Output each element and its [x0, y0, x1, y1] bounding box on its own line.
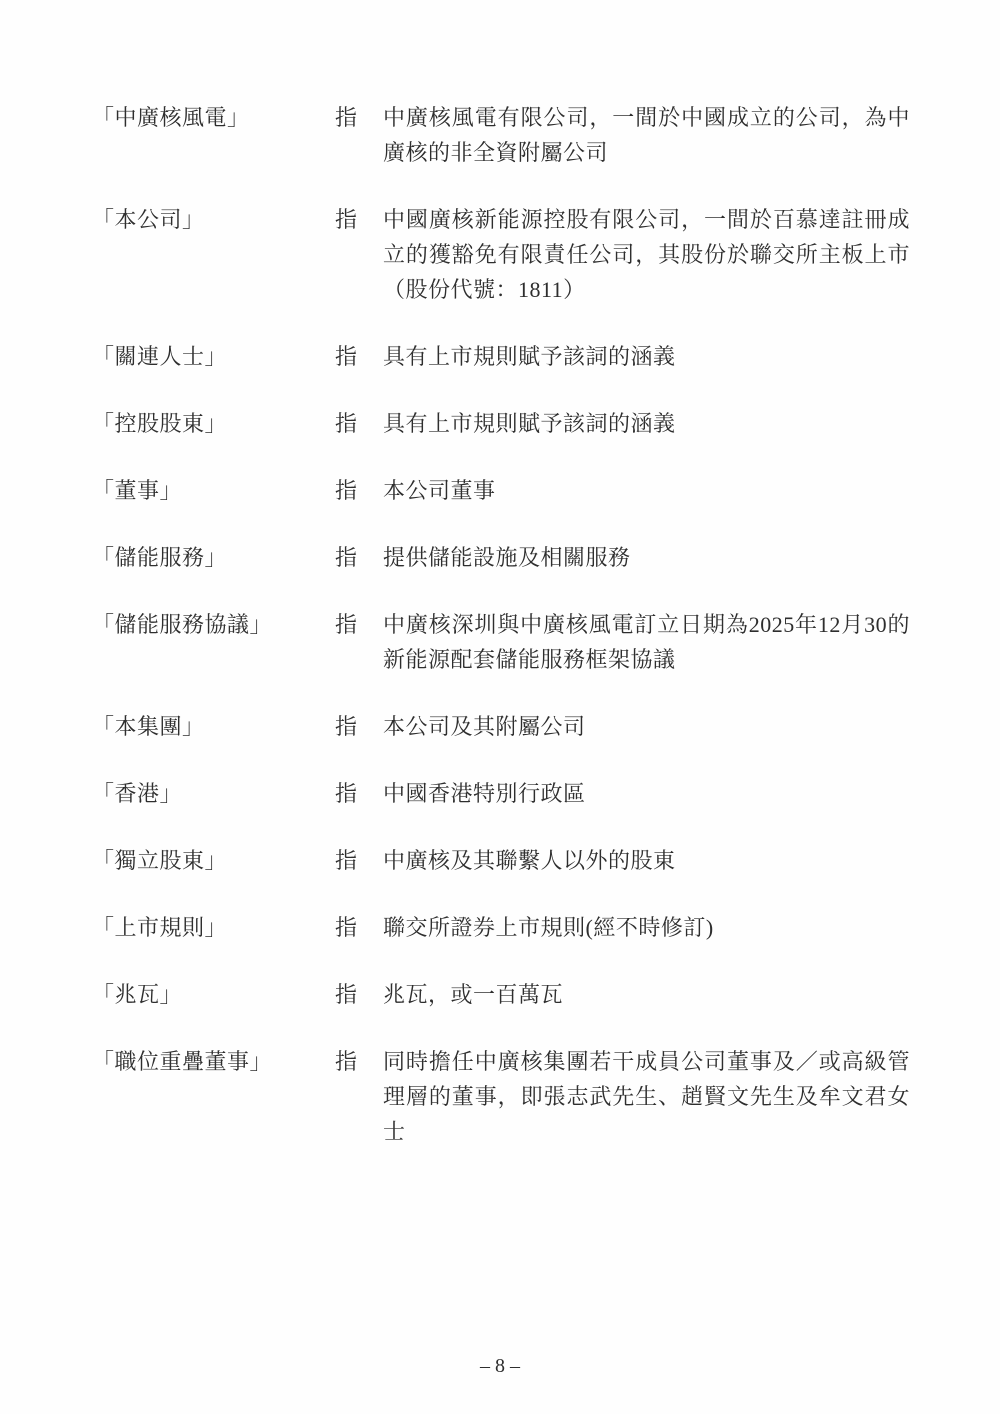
- connector-cell: 指: [335, 202, 383, 237]
- term-cell: 「獨立股東」: [92, 843, 335, 878]
- definition-row: 「上市規則」指聯交所證券上市規則(經不時修訂): [92, 910, 910, 945]
- term-cell: 「控股股東」: [92, 406, 335, 441]
- connector-cell: 指: [335, 910, 383, 945]
- definition-cell: 中廣核風電有限公司，一間於中國成立的公司，為中廣核的非全資附屬公司: [383, 100, 910, 170]
- definition-cell: 中廣核深圳與中廣核風電訂立日期為2025年12月30的新能源配套儲能服務框架協議: [383, 607, 910, 677]
- definition-row: 「職位重疊董事」指同時擔任中廣核集團若干成員公司董事及／或高級管理層的董事，即張…: [92, 1044, 910, 1149]
- page-number: – 8 –: [0, 1355, 1000, 1378]
- definition-cell: 中國廣核新能源控股有限公司，一間於百慕達註冊成立的獲豁免有限責任公司，其股份於聯…: [383, 202, 910, 307]
- connector-cell: 指: [335, 473, 383, 508]
- connector-cell: 指: [335, 776, 383, 811]
- connector-cell: 指: [335, 540, 383, 575]
- connector-cell: 指: [335, 339, 383, 374]
- term-cell: 「儲能服務協議」: [92, 607, 335, 642]
- definition-cell: 同時擔任中廣核集團若干成員公司董事及／或高級管理層的董事，即張志武先生、趙賢文先…: [383, 1044, 910, 1149]
- connector-cell: 指: [335, 977, 383, 1012]
- definition-cell: 中廣核及其聯繫人以外的股東: [383, 843, 910, 878]
- definition-row: 「關連人士」指具有上市規則賦予該詞的涵義: [92, 339, 910, 374]
- definition-cell: 兆瓦，或一百萬瓦: [383, 977, 910, 1012]
- term-cell: 「本公司」: [92, 202, 335, 237]
- definition-cell: 提供儲能設施及相關服務: [383, 540, 910, 575]
- term-cell: 「兆瓦」: [92, 977, 335, 1012]
- definition-cell: 本公司董事: [383, 473, 910, 508]
- term-cell: 「職位重疊董事」: [92, 1044, 335, 1079]
- definition-cell: 具有上市規則賦予該詞的涵義: [383, 406, 910, 441]
- term-cell: 「關連人士」: [92, 339, 335, 374]
- term-cell: 「董事」: [92, 473, 335, 508]
- definition-row: 「儲能服務」指提供儲能設施及相關服務: [92, 540, 910, 575]
- definition-cell: 中國香港特別行政區: [383, 776, 910, 811]
- definition-row: 「董事」指本公司董事: [92, 473, 910, 508]
- definition-row: 「本公司」指中國廣核新能源控股有限公司，一間於百慕達註冊成立的獲豁免有限責任公司…: [92, 202, 910, 307]
- definition-row: 「中廣核風電」指中廣核風電有限公司，一間於中國成立的公司，為中廣核的非全資附屬公…: [92, 100, 910, 170]
- term-cell: 「上市規則」: [92, 910, 335, 945]
- definition-row: 「獨立股東」指中廣核及其聯繫人以外的股東: [92, 843, 910, 878]
- definition-row: 「儲能服務協議」指中廣核深圳與中廣核風電訂立日期為2025年12月30的新能源配…: [92, 607, 910, 677]
- connector-cell: 指: [335, 1044, 383, 1079]
- term-cell: 「儲能服務」: [92, 540, 335, 575]
- document-page: 「中廣核風電」指中廣核風電有限公司，一間於中國成立的公司，為中廣核的非全資附屬公…: [0, 0, 1000, 1414]
- definition-row: 「香港」指中國香港特別行政區: [92, 776, 910, 811]
- definition-row: 「兆瓦」指兆瓦，或一百萬瓦: [92, 977, 910, 1012]
- connector-cell: 指: [335, 709, 383, 744]
- term-cell: 「中廣核風電」: [92, 100, 335, 135]
- connector-cell: 指: [335, 100, 383, 135]
- connector-cell: 指: [335, 406, 383, 441]
- definitions-list: 「中廣核風電」指中廣核風電有限公司，一間於中國成立的公司，為中廣核的非全資附屬公…: [92, 100, 910, 1181]
- term-cell: 「本集團」: [92, 709, 335, 744]
- definition-cell: 本公司及其附屬公司: [383, 709, 910, 744]
- connector-cell: 指: [335, 607, 383, 642]
- definition-row: 「本集團」指本公司及其附屬公司: [92, 709, 910, 744]
- term-cell: 「香港」: [92, 776, 335, 811]
- definition-cell: 具有上市規則賦予該詞的涵義: [383, 339, 910, 374]
- definition-row: 「控股股東」指具有上市規則賦予該詞的涵義: [92, 406, 910, 441]
- definition-cell: 聯交所證券上市規則(經不時修訂): [383, 910, 910, 945]
- connector-cell: 指: [335, 843, 383, 878]
